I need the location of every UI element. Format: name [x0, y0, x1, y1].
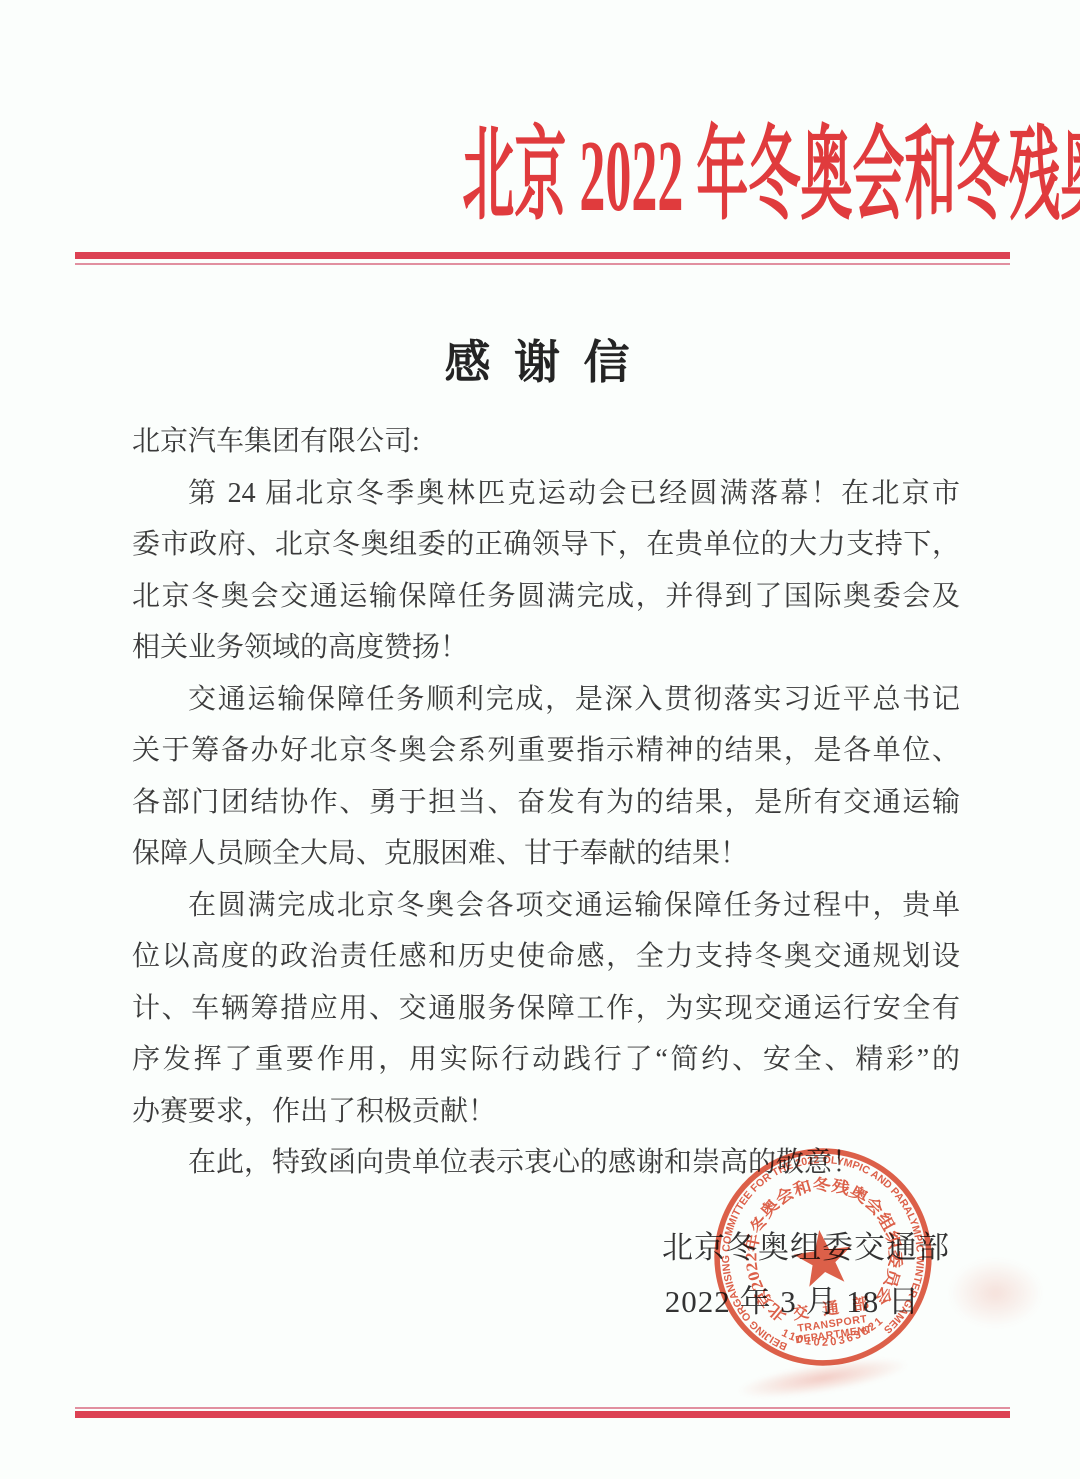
footer-divider-thin-line [75, 1407, 1010, 1409]
ink-smudge [948, 1258, 1043, 1328]
letter-body: 北京汽车集团有限公司:第 24 届北京冬季奥林匹克运动会已经圆满落幕！在北京市委… [132, 416, 960, 1189]
body-line: 北京冬奥会交通运输保障任务圆满完成，并得到了国际奥委会及 [132, 571, 960, 623]
body-line: 计、车辆筹措应用、交通服务保障工作，为实现交通运行安全有 [132, 983, 960, 1035]
body-line: 位以高度的政治责任感和历史使命感，全力支持冬奥交通规划设 [132, 931, 960, 983]
official-seal: BEIJING ORGANISING COMMITTEE FOR THE 202… [692, 1126, 954, 1388]
body-line: 交通运输保障任务顺利完成，是深入贯彻落实习近平总书记 [132, 674, 960, 726]
body-line: 保障人员顾全大局、克服困难、甘于奉献的结果！ [132, 828, 960, 880]
header-divider-thick-line [75, 252, 1010, 259]
header-divider-thin-line [75, 263, 1010, 265]
body-line: 北京汽车集团有限公司: [132, 416, 960, 468]
body-line: 办赛要求，作出了积极贡献！ [132, 1086, 960, 1138]
body-line: 第 24 届北京冬季奥林匹克运动会已经圆满落幕！在北京市 [132, 468, 960, 520]
body-line: 序发挥了重要作用，用实际行动践行了“简约、安全、精彩”的 [132, 1034, 960, 1086]
body-line: 在圆满完成北京冬奥会各项交通运输保障任务过程中，贵单 [132, 880, 960, 932]
star-icon [791, 1226, 856, 1288]
footer-divider-thick-line [75, 1411, 1010, 1418]
letterhead: 北京 2022 年冬奥会和冬残奥会组织委员会 [0, 118, 1080, 236]
letter-page: 北京 2022 年冬奥会和冬残奥会组织委员会 感 谢 信 北京汽车集团有限公司:… [0, 0, 1080, 1479]
letter-title: 感 谢 信 [0, 326, 1080, 392]
body-line: 相关业务领域的高度赞扬！ [132, 622, 960, 674]
letterhead-title: 北京 2022 年冬奥会和冬残奥会组织委员会 [462, 118, 1080, 236]
body-line: 关于筹备办好北京冬奥会系列重要指示精神的结果，是各单位、 [132, 725, 960, 777]
footer-divider [75, 1407, 1010, 1418]
header-divider [75, 252, 1010, 265]
body-line: 各部门团结协作、勇于担当、奋发有为的结果，是所有交通运输 [132, 777, 960, 829]
body-line: 委市政府、北京冬奥组委的正确领导下，在贵单位的大力支持下， [132, 519, 960, 571]
